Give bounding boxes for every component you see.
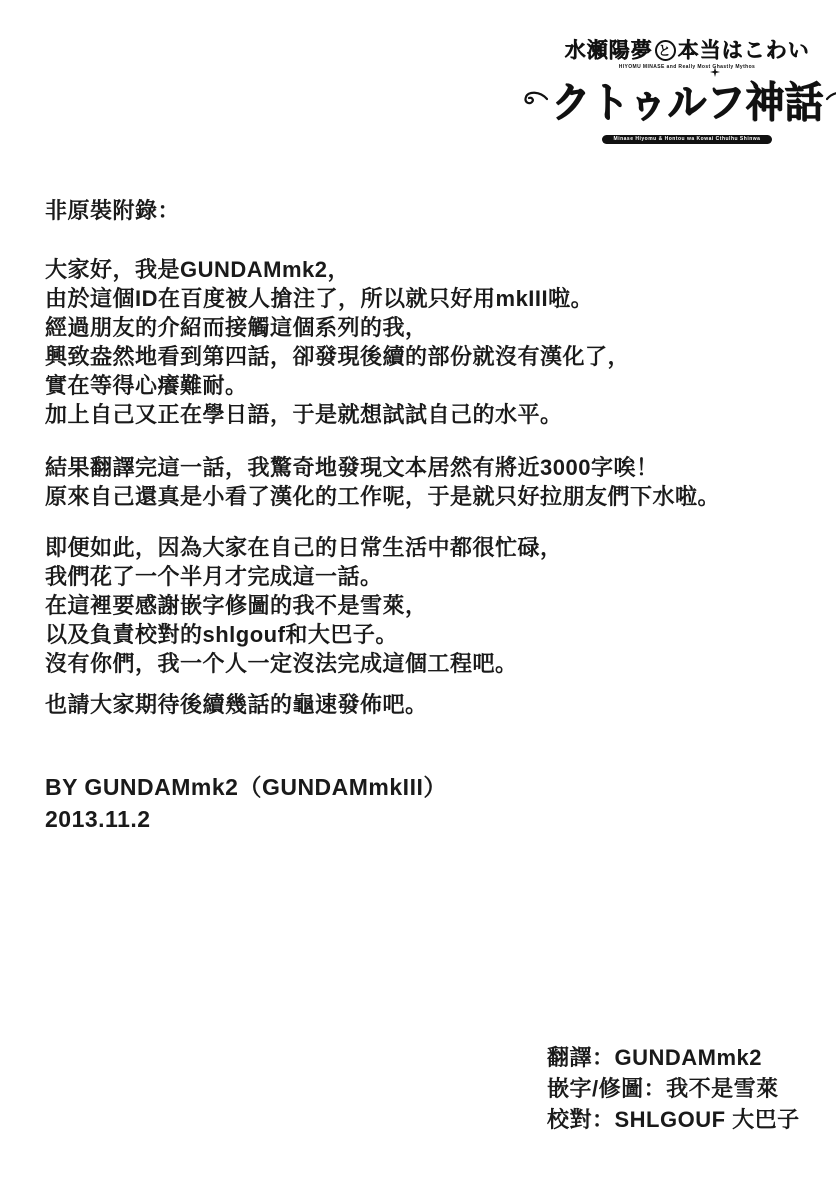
credit-typesetter: 嵌字/修圖：我不是雪萊: [547, 1073, 800, 1104]
logo-ribbon-credit: Minase Hiyomu & Hontou wa Kowai Cthulhu …: [602, 135, 773, 144]
logo-title-top-left: 水瀬陽夢: [565, 39, 653, 62]
credit-translator: 翻譯：GUNDAMmk2: [547, 1042, 800, 1073]
text-line: 興致盎然地看到第四話，卻發現後續的部份就沒有漢化了，: [45, 342, 720, 371]
logo-to-circle: と: [655, 40, 676, 61]
text-line: 即便如此，因為大家在自己的日常生活中都很忙碌，: [45, 533, 720, 562]
signature-date: 2013.11.2: [45, 803, 447, 835]
text-line: 我們花了一个半月才完成這一話。: [45, 562, 720, 591]
flourish-left-icon: [522, 89, 548, 109]
paragraph-4: 也請大家期待後續幾話的龜速發佈吧。: [45, 690, 720, 719]
star-icon: [710, 67, 720, 77]
text-line: 沒有你們，我一个人一定沒法完成這個工程吧。: [45, 649, 720, 678]
text-line: 由於這個ID在百度被人搶注了，所以就只好用mkIII啦。: [45, 284, 720, 313]
scanned-afterword-page: 水瀬陽夢と本当はこわい HIYOMU MINASE and Really Mos…: [0, 0, 836, 1200]
text-line: 以及負責校對的shlgouf和大巴子。: [45, 620, 720, 649]
logo-title-top: 水瀬陽夢と本当はこわい: [544, 34, 830, 64]
text-line: 結果翻譯完這一話，我驚奇地發現文本居然有將近3000字唉！: [45, 453, 720, 482]
text-line: 經過朋友的介紹而接觸這個系列的我，: [45, 313, 720, 342]
text-line: 也請大家期待後續幾話的龜速發佈吧。: [45, 690, 720, 719]
credit-proofreader: 校對：SHLGOUF 大巴子: [547, 1104, 800, 1135]
logo-title-top-right: 本当はこわい: [678, 39, 810, 62]
logo-main-row: クトゥルフ神話: [544, 71, 830, 127]
paragraph-3: 即便如此，因為大家在自己的日常生活中都很忙碌， 我們花了一个半月才完成這一話。 …: [45, 533, 720, 678]
logo-title-main: クトゥルフ神話: [551, 69, 823, 129]
afterword-heading: 非原裝附錄：: [45, 196, 720, 225]
series-logo: 水瀬陽夢と本当はこわい HIYOMU MINASE and Really Mos…: [544, 34, 830, 145]
text-line: 在這裡要感謝嵌字修圖的我不是雪萊，: [45, 591, 720, 620]
signature-by-line: BY GUNDAMmk2（GUNDAMmkIII）: [45, 771, 447, 803]
staff-credits: 翻譯：GUNDAMmk2 嵌字/修圖：我不是雪萊 校對：SHLGOUF 大巴子: [547, 1042, 800, 1135]
signature-block: BY GUNDAMmk2（GUNDAMmkIII） 2013.11.2: [45, 771, 447, 835]
paragraph-1: 大家好，我是GUNDAMmk2， 由於這個ID在百度被人搶注了，所以就只好用mk…: [45, 255, 720, 429]
text-line: 加上自己又正在學日語，于是就想試試自己的水平。: [45, 400, 720, 429]
text-line: 大家好，我是GUNDAMmk2，: [45, 255, 720, 284]
text-line: 原來自己還真是小看了漢化的工作呢，于是就只好拉朋友們下水啦。: [45, 482, 720, 511]
paragraph-2: 結果翻譯完這一話，我驚奇地發現文本居然有將近3000字唉！ 原來自己還真是小看了…: [45, 453, 720, 511]
text-line: 實在等得心癢難耐。: [45, 371, 720, 400]
afterword-text: 非原裝附錄： 大家好，我是GUNDAMmk2， 由於這個ID在百度被人搶注了，所…: [45, 196, 720, 719]
flourish-right-icon: [826, 89, 836, 109]
